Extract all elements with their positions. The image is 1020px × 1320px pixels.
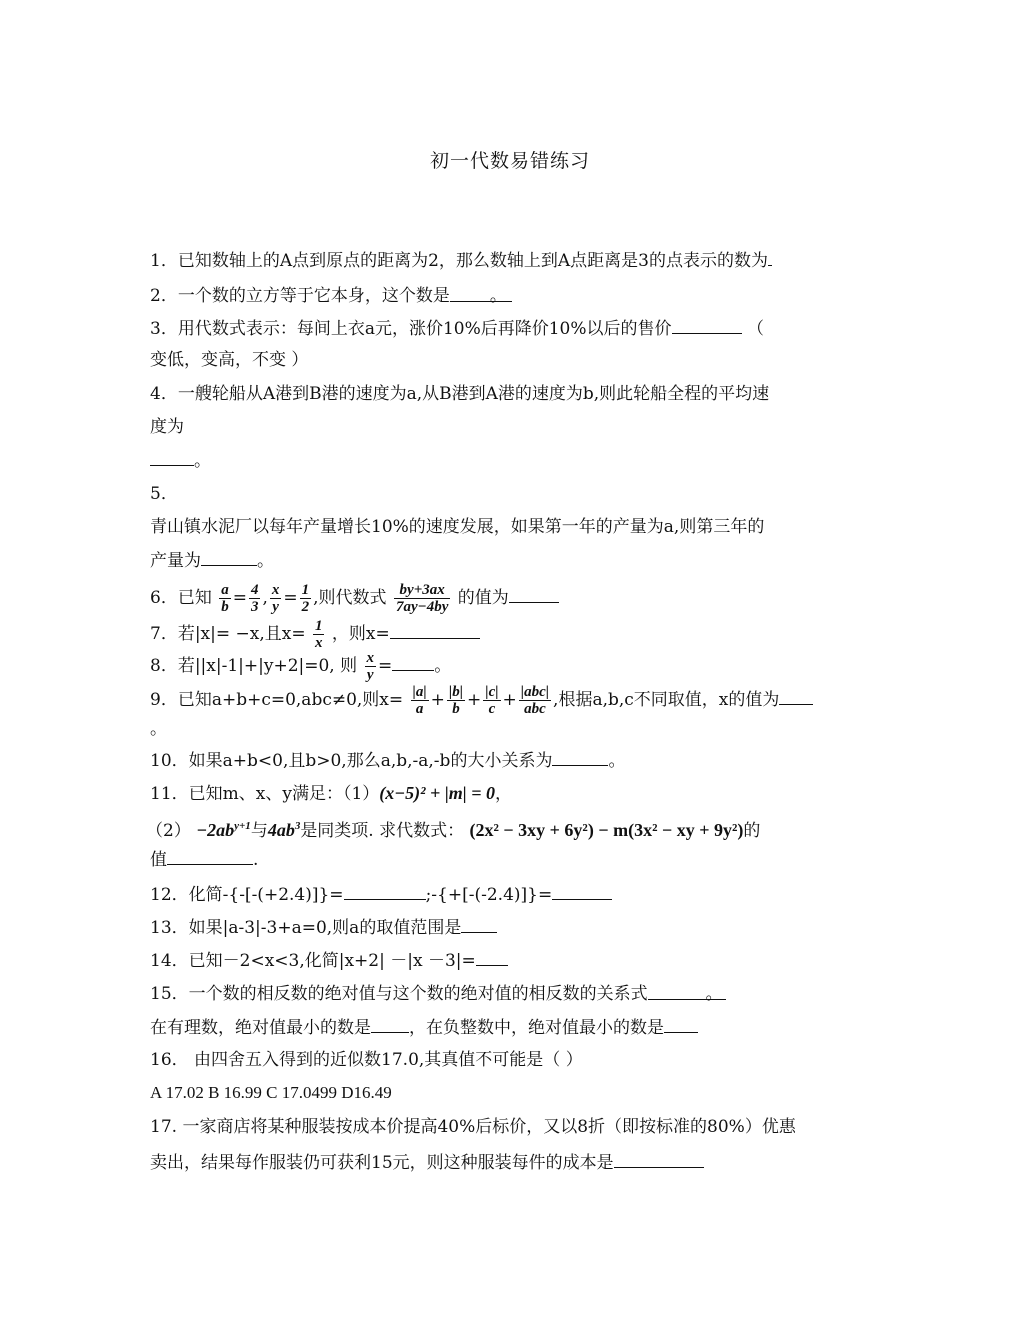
answer-blank[interactable] (509, 586, 559, 603)
question-3: 3．用代数式表示：每间上衣a元，涨价10%后再降价10%以后的售价 （ (150, 317, 764, 340)
answer-blank[interactable]: 。 (450, 285, 512, 302)
answer-blank[interactable] (476, 949, 508, 966)
question-1: 1．已知数轴上的A点到原点的距离为2，那么数轴上到A点距离是3的点表示的数为 (150, 249, 772, 272)
question-9: 9．已知a+b+c=0,abc≠0,则x= |a|a+|b|b+|c|c+|ab… (150, 684, 813, 717)
answer-blank[interactable] (201, 549, 257, 566)
fraction: |abc|abc (519, 684, 551, 717)
fraction: 12 (300, 582, 312, 615)
answer-blank[interactable]: 。 (648, 983, 726, 1000)
question-10: 10．如果a+b<0,且b>0,那么a,b,-a,-b的大小关系为。 (150, 749, 625, 772)
question-4: 4．一艘轮船从A港到B港的速度为a,从B港到A港的速度为b,则此轮船全程的平均速 (150, 383, 769, 405)
question-13: 13．如果|a-3|-3+a=0,则a的取值范围是 (150, 916, 497, 939)
fraction: 43 (249, 582, 261, 615)
answer-blank[interactable] (552, 749, 608, 766)
answer-blank[interactable] (344, 883, 426, 900)
answer-blank[interactable] (672, 317, 742, 334)
question-6: 6．已知 ab=43,xy=12,则代数式 by+3ax7ay−4by 的值为 (150, 582, 559, 615)
answer-blank[interactable] (768, 249, 772, 266)
question-15-part-2: 在有理数，绝对值最小的数是，在负整数中，绝对值最小的数是 (150, 1016, 698, 1039)
question-16-options: A 17.02 B 16.99 C 17.0499 D16.49 (150, 1082, 392, 1104)
question-4-cont: 度为 (150, 416, 184, 438)
question-4-answer: 。 (150, 449, 211, 472)
answer-blank[interactable] (390, 622, 480, 639)
answer-blank[interactable] (614, 1151, 704, 1168)
answer-blank[interactable] (371, 1016, 409, 1033)
fraction: |c|c (483, 684, 500, 717)
page-title: 初一代数易错练习 (0, 146, 1020, 173)
question-15: 15．一个数的相反数的绝对值与这个数的绝对值的相反数的关系式。 (150, 983, 726, 1005)
question-12: 12．化简-{-[-(+2.4)]}=;-{+[-(-2.4)]}= (150, 883, 612, 906)
question-3-options: 变低，变高，不变 ） (150, 349, 308, 371)
fraction: ab (219, 582, 231, 615)
answer-blank[interactable] (552, 883, 612, 900)
answer-blank[interactable] (167, 848, 253, 865)
question-17-cont: 卖出，结果每作服装仍可获利15元，则这种服装每件的成本是 (150, 1151, 704, 1174)
question-5-cont: 产量为。 (150, 549, 274, 572)
question-11-part-2: （2） −2aby+1与4ab3是同类项. 求代数式： (2x² − 3xy +… (146, 815, 760, 842)
answer-blank[interactable] (392, 654, 434, 671)
question-8: 8．若||x|-1|+|y+2|=0, 则 xy=。 (150, 650, 451, 683)
answer-blank[interactable] (150, 449, 194, 466)
question-5-number: 5． (150, 483, 178, 505)
question-14: 14．已知－2<x<3,化简|x+2| －|x －3|= (150, 949, 508, 972)
question-2: 2．一个数的立方等于它本身，这个数是。 (150, 285, 512, 307)
question-11: 11．已知m、x、y满足：（1）(x−5)² + |m| = 0， (150, 782, 512, 805)
fraction: |b|b (447, 684, 465, 717)
fraction: |a|a (411, 684, 429, 717)
answer-blank[interactable] (461, 916, 497, 933)
question-9-end: 。 (150, 718, 167, 740)
document-page: 初一代数易错练习 1．已知数轴上的A点到原点的距离为2，那么数轴上到A点距离是3… (0, 0, 1020, 1320)
question-11-answer: 值. (150, 848, 258, 871)
question-5: 青山镇水泥厂以每年产量增长10%的速度发展，如果第一年的产量为a,则第三年的 (150, 516, 764, 538)
fraction: 1x (313, 618, 325, 651)
answer-blank[interactable] (664, 1016, 698, 1033)
fraction: by+3ax7ay−4by (394, 582, 450, 615)
fraction: xy (365, 650, 377, 683)
fraction: xy (270, 582, 282, 615)
question-7: 7．若|x|= −x,且x= 1x ，则x= (150, 618, 480, 651)
question-17: 17. 一家商店将某种服装按成本价提高40%后标价，又以8折（即按标准的80%）… (150, 1116, 796, 1138)
answer-blank[interactable] (779, 688, 813, 705)
question-16: 16． 由四舍五入得到的近似数17.0,其真值不可能是（ ） (150, 1049, 583, 1071)
